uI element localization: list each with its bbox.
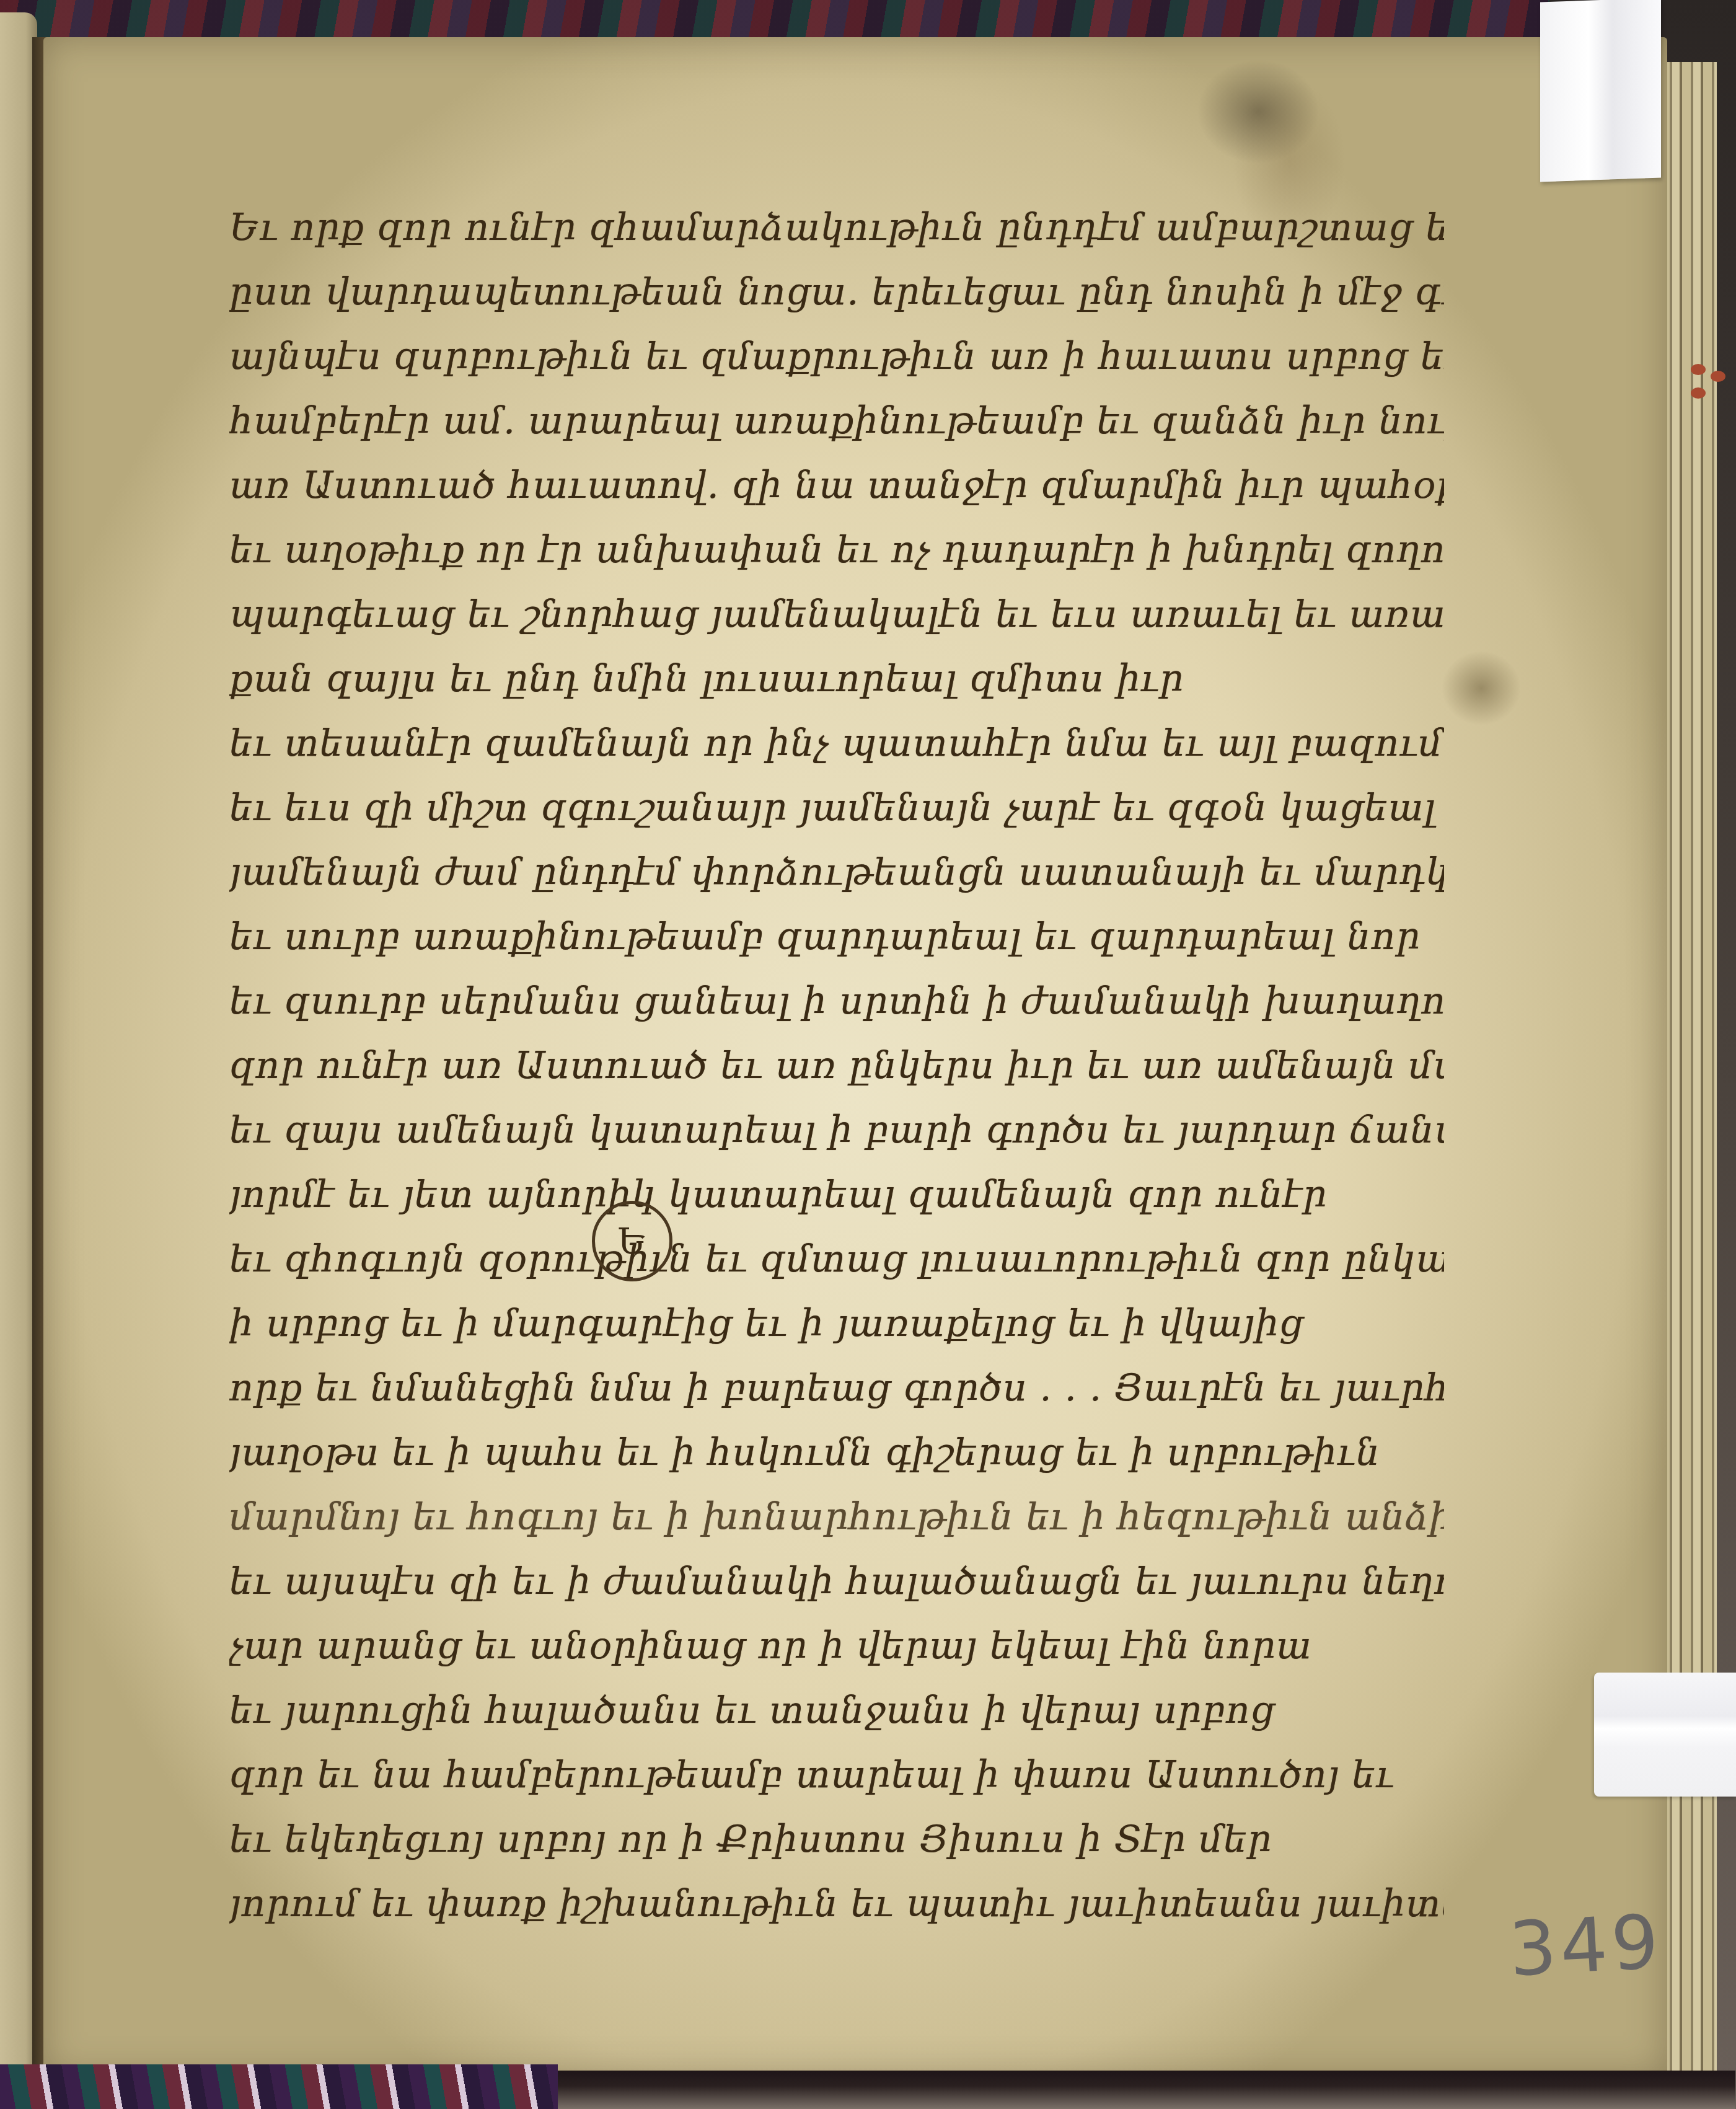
red-ink-mark	[1711, 371, 1725, 382]
text-line: եւ սուրբ առաքինութեամբ զարդարեալ եւ զարդ…	[229, 904, 1444, 969]
textile-binding-bottom	[0, 2064, 558, 2109]
red-ink-mark	[1691, 387, 1706, 399]
text-line: եւ յարուցին հալածանս եւ տանջանս ի վերայ …	[229, 1678, 1444, 1743]
text-line: ի սրբոց եւ ի մարգարէից եւ ի յառաքելոց եւ…	[229, 1291, 1444, 1356]
text-line: եւ եկեղեցւոյ սրբոյ որ ի Քրիստոս Յիսուս ի…	[229, 1807, 1444, 1872]
text-block: Եւ որք զոր ունէր զհամարձակութիւն ընդդէմ …	[229, 195, 1444, 1936]
text-line: չար արանց եւ անօրինաց որ ի վերայ եկեալ է…	[229, 1614, 1444, 1678]
circled-initial-letter: Ե	[592, 1201, 672, 1281]
paper-tab-top[interactable]	[1540, 0, 1661, 182]
text-line: եւ զայս ամենայն կատարեալ ի բարի գործս եւ…	[229, 1098, 1444, 1162]
text-line: ըստ վարդապետութեան նոցա. երեւեցաւ ընդ նո…	[229, 260, 1444, 324]
text-line: առ Աստուած հաւատով. զի նա տանջէր զմարմին…	[229, 453, 1444, 518]
text-line: համբերէր ամ. արարեալ առաքինութեամբ եւ զա…	[229, 389, 1444, 453]
text-line: քան զայլս եւ ընդ նմին լուսաւորեալ զմիտս …	[229, 647, 1444, 711]
manuscript-photo: Եւ որք զոր ունէր զհամարձակութիւն ընդդէմ …	[0, 0, 1736, 2109]
text-line: յորում եւ փառք իշխանութիւն եւ պատիւ յաւի…	[229, 1872, 1444, 1936]
text-line: եւ եւս զի միշտ զգուշանայր յամենայն չարէ …	[229, 776, 1444, 840]
text-line: զոր ունէր առ Աստուած եւ առ ընկերս իւր եւ…	[229, 1033, 1444, 1098]
folio-number: 349	[1507, 1899, 1665, 1994]
text-line: յաղօթս եւ ի պահս եւ ի հսկումն գիշերաց եւ…	[229, 1420, 1444, 1485]
text-line: յամենայն ժամ ընդդէմ փորձութեանցն սատանայ…	[229, 840, 1444, 904]
paper-tab-bottom[interactable]	[1594, 1673, 1736, 1797]
text-line: եւ զսուրբ սերմանս ցանեալ ի սրտին ի ժաման…	[229, 969, 1444, 1033]
text-line: եւ տեսանէր զամենայն որ ինչ պատահէր նմա ե…	[229, 711, 1444, 776]
text-line: այնպէս զսրբութիւն եւ զմաքրութիւն առ ի հա…	[229, 324, 1444, 389]
text-line: զոր եւ նա համբերութեամբ տարեալ ի փառս Աս…	[229, 1743, 1444, 1807]
facing-page-edge	[0, 12, 37, 2083]
text-line: եւ զհոգւոյն զօրութիւն եւ զմտաց լուսաւորո…	[229, 1227, 1444, 1291]
text-line: յորմէ եւ յետ այնորիկ կատարեալ զամենայն զ…	[229, 1162, 1444, 1227]
text-line: Եւ որք զոր ունէր զհամարձակութիւն ընդդէմ …	[229, 195, 1444, 260]
text-line: մարմնոյ եւ հոգւոյ եւ ի խոնարհութիւն եւ ի…	[229, 1485, 1444, 1549]
text-line: պարգեւաց եւ շնորհաց յամենակալէն եւ եւս ա…	[229, 582, 1444, 647]
text-line: եւ այսպէս զի եւ ի ժամանակի հալածանացն եւ…	[229, 1549, 1444, 1614]
text-line: եւ աղօթիւք որ էր անխափան եւ ոչ դադարէր ի…	[229, 518, 1444, 582]
text-line: որք եւ նմանեցին նմա ի բարեաց գործս . . .…	[229, 1356, 1444, 1420]
red-ink-mark	[1691, 364, 1706, 375]
